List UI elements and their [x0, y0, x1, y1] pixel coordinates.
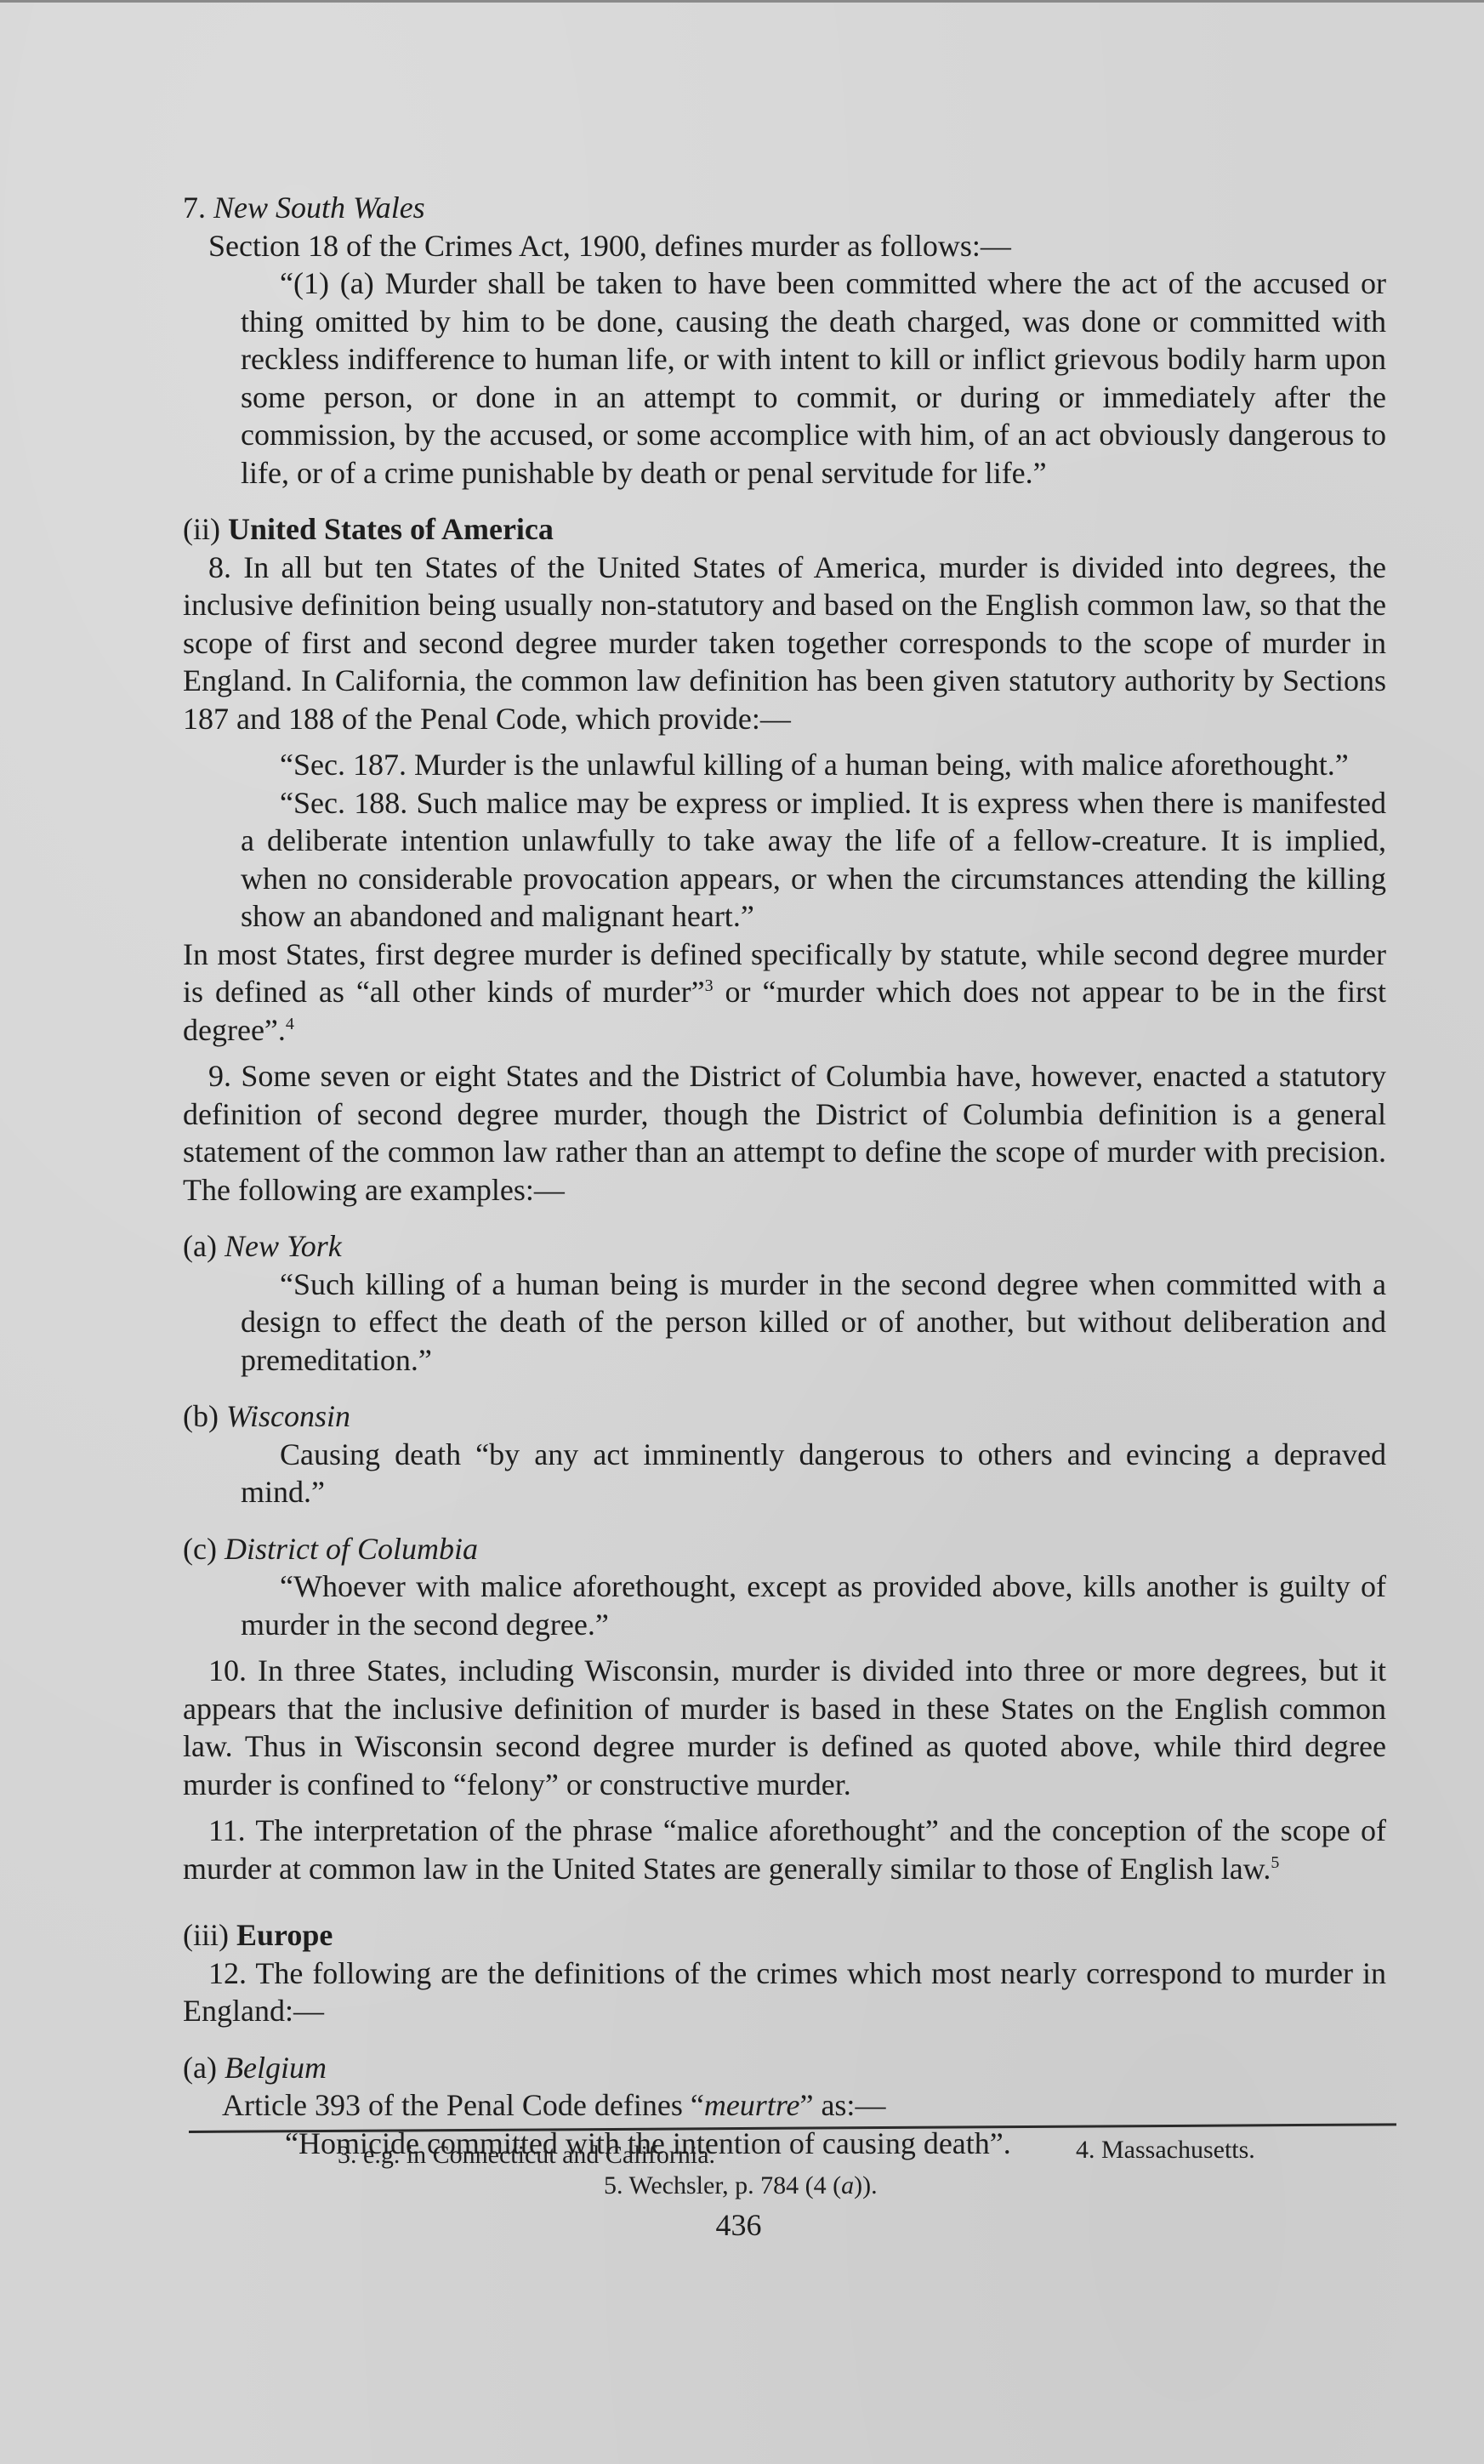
paragraph-10: 10. In three States, including Wisconsin…: [183, 1652, 1386, 1803]
footnote-ref-3[interactable]: 3: [705, 976, 714, 995]
scan-edge: [0, 0, 1484, 3]
paragraph-9: 9. Some seven or eight States and the Di…: [183, 1057, 1386, 1209]
section-heading-europe: (iii) Europe: [183, 1916, 1386, 1955]
example-text-new-york: “Such killing of a human being is murder…: [183, 1266, 1386, 1380]
section-heading-usa: (ii) United States of America: [183, 510, 1386, 549]
quote-sec-187: “Sec. 187. Murder is the unlawful killin…: [183, 746, 1386, 784]
quote-sec-188: “Sec. 188. Such malice may be express or…: [183, 784, 1386, 936]
example-heading-new-york: (a) New York: [183, 1227, 1386, 1266]
example-text-district-of-columbia: “Whoever with malice aforethought, excep…: [183, 1568, 1386, 1643]
footnote-ref-4[interactable]: 4: [286, 1015, 294, 1033]
belgium-intro: Article 393 of the Penal Code defines “m…: [183, 2086, 1386, 2125]
footnote-5: 5. Wechsler, p. 784 (4 (a)).: [604, 2170, 878, 2202]
example-text-wisconsin: Causing death “by any act imminently dan…: [183, 1436, 1386, 1511]
paragraph-11: 11. The interpretation of the phrase “ma…: [183, 1812, 1386, 1887]
nsw-quote: “(1) (a) Murder shall be taken to have b…: [183, 265, 1386, 492]
page-number: 436: [0, 2207, 1481, 2243]
document-page: 7. New South Wales Section 18 of the Cri…: [183, 189, 1386, 2162]
heading-number: 7.: [183, 191, 206, 225]
heading-new-south-wales: 7. New South Wales: [183, 189, 1386, 227]
example-heading-district-of-columbia: (c) District of Columbia: [183, 1530, 1386, 1568]
paragraph-8: 8. In all but ten States of the United S…: [183, 549, 1386, 738]
footnote-4: 4. Massachusetts.: [1076, 2134, 1255, 2166]
footnote-ref-5[interactable]: 5: [1271, 1853, 1279, 1872]
nsw-intro: Section 18 of the Crimes Act, 1900, defi…: [183, 227, 1386, 265]
example-heading-wisconsin: (b) Wisconsin: [183, 1397, 1386, 1436]
paragraph-most-states: In most States, first degree murder is d…: [183, 936, 1386, 1050]
paragraph-12: 12. The following are the definitions of…: [183, 1955, 1386, 2030]
example-heading-belgium: (a) Belgium: [183, 2049, 1386, 2087]
heading-title: New South Wales: [213, 191, 425, 225]
footnote-3: 3. e.g. in Connecticut and California.: [338, 2139, 715, 2171]
